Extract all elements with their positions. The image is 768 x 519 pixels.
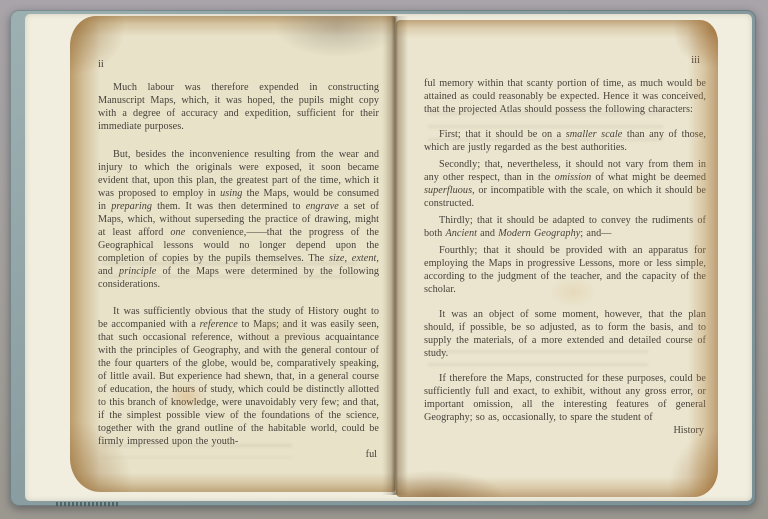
- page-right: iii ful memory within that scanty portio…: [396, 20, 718, 497]
- paragraph: Fourthly; that it should be provided wit…: [424, 244, 706, 296]
- watermark-micro-text: [56, 502, 118, 506]
- catchword: ful: [98, 448, 379, 461]
- left-text-column: ii Much labour was therefore expended in…: [98, 58, 379, 461]
- catchword: History: [424, 424, 706, 437]
- paragraph: Thirdly; that it should be adapted to co…: [424, 214, 706, 240]
- paragraph: If therefore the Maps, constructed for t…: [424, 372, 706, 424]
- left-page-paragraphs: Much labour was therefore expended in co…: [98, 81, 379, 448]
- page-number: ii: [98, 58, 379, 71]
- page-left: ii Much labour was therefore expended in…: [70, 16, 395, 492]
- paragraph: It was sufficiently obvious that the stu…: [98, 305, 379, 448]
- book-scan-photo: ii Much labour was therefore expended in…: [0, 0, 768, 519]
- right-page-paragraphs: ful memory within that scanty portion of…: [424, 77, 706, 424]
- paragraph: First; that it should be on a smaller sc…: [424, 128, 706, 154]
- paragraph: Much labour was therefore expended in co…: [98, 81, 379, 133]
- paragraph: Secondly; that, nevertheless, it should …: [424, 158, 706, 210]
- right-text-column: iii ful memory within that scanty portio…: [424, 54, 706, 437]
- paragraph: But, besides the inconvenience resulting…: [98, 148, 379, 291]
- paragraph: ful memory within that scanty portion of…: [424, 77, 706, 116]
- paragraph: It was an object of some moment, however…: [424, 308, 706, 360]
- page-number: iii: [424, 54, 706, 67]
